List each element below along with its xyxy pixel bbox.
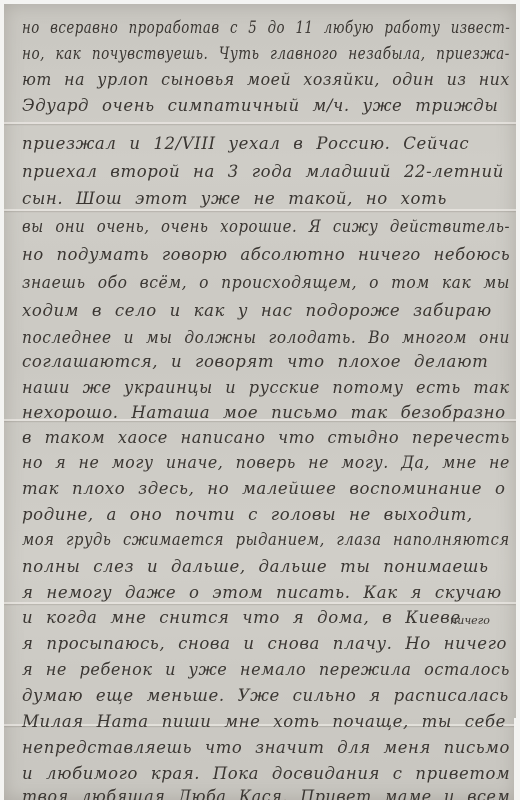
text-line: нехорошо. Наташа мое письмо так безобраз… — [22, 403, 506, 422]
inserted-word: ничего — [450, 614, 490, 627]
text-line: родине, а оно почти с головы не выходит, — [22, 505, 473, 524]
text-line: твоя любящая Люба Кася. Привет маме и вс… — [22, 787, 510, 800]
text-line: непредставляешь что значит для меня пись… — [22, 738, 510, 757]
text-line: соглашаются, и говорят что плохое делают — [22, 352, 488, 371]
text-line: так плохо здесь, но малейшее воспоминани… — [22, 479, 506, 498]
text-line: и когда мне снится что я дома, в Киеве — [22, 608, 461, 627]
text-line: вы они очень, очень хорошие. Я сижу дейс… — [22, 217, 510, 236]
paper-fold — [4, 209, 516, 211]
text-line: ют на урлоп сыновья моей хозяйки, один и… — [22, 70, 510, 89]
text-line: я не ребенок и уже немало пережила остал… — [22, 660, 510, 679]
paper-fold — [4, 122, 516, 124]
text-line: ходим в село и как у нас подороже забира… — [22, 301, 492, 320]
text-line: но, как почувствуешь. Чуть главного неза… — [22, 44, 510, 63]
text-line: я просыпаюсь, снова и снова плачу. Но ни… — [22, 634, 507, 653]
text-line: знаешь обо всём, о происходящем, о том к… — [22, 273, 510, 292]
text-line: сын. Шош этот уже не такой, но хоть — [22, 189, 447, 208]
text-line: но я не могу иначе, поверь не могу. Да, … — [22, 453, 510, 472]
text-line: приезжал и 12/VIII уехал в Россию. Сейча… — [22, 134, 469, 153]
text-line: в таком хаосе написано что стыдно перече… — [22, 428, 510, 447]
text-line: Милая Ната пиши мне хоть почаще, ты себе — [22, 712, 506, 731]
text-line: думаю еще меньше. Уже сильно я расписала… — [22, 686, 509, 705]
text-line: я немогу даже о этом писать. Как я скуча… — [22, 583, 502, 602]
text-line: последнее и мы должны голодать. Во много… — [22, 328, 510, 347]
text-line: моя грудь сжимается рыданием, глаза напо… — [22, 530, 510, 549]
text-line: приехал второй на 3 года младший 22-летн… — [22, 162, 504, 181]
text-line: но подумать говорю абсолютно ничего небо… — [22, 245, 510, 264]
text-line: и любимого края. Пока досвидания с приве… — [22, 764, 510, 783]
text-line: но всеравно проработав с 5 до 11 любую р… — [22, 18, 510, 37]
text-line: полны слез и дальше, дальше ты понимаешь — [22, 557, 489, 576]
text-line: наши же украинцы и русские потому есть т… — [22, 378, 510, 397]
paper-fold — [4, 602, 516, 604]
text-line: Эдуард очень симпатичный м/ч. уже трижды — [22, 96, 498, 115]
page-edge — [514, 718, 520, 800]
letter-page: но всеравно проработав с 5 до 11 любую р… — [4, 4, 516, 800]
